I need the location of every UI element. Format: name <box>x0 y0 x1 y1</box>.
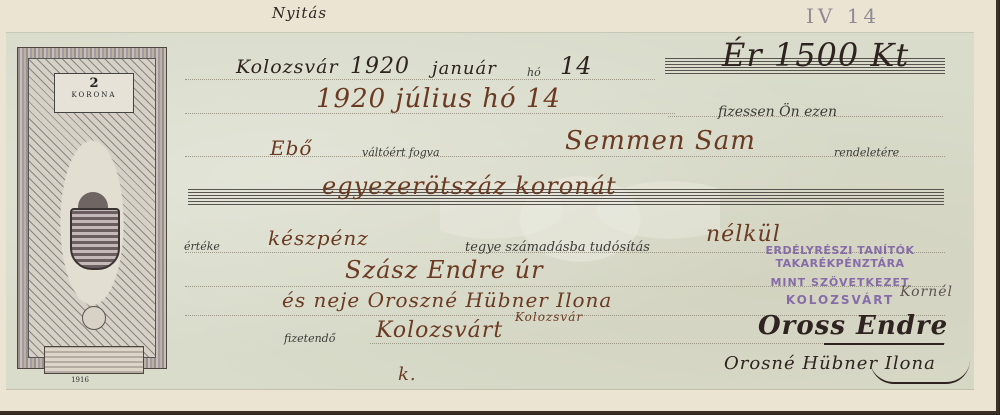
stamp-value-label: 2 KORONA <box>54 73 134 113</box>
signature-oross-endre: Oross Endre <box>758 311 948 341</box>
top-annotation: Nyitás <box>272 4 327 22</box>
amount-words: egyezerötszáz koronát <box>322 172 617 200</box>
mark: k. <box>398 364 417 385</box>
stamp-year: 1916 <box>71 376 89 384</box>
signature-underline <box>824 343 944 345</box>
fizessen-label: fizessen Ön ezen <box>718 104 837 120</box>
drawee-line-1 <box>185 286 945 287</box>
stamp-unit: KORONA <box>55 91 133 99</box>
fizetendo-label: fizetendő <box>284 332 335 345</box>
waves-ornament <box>44 346 144 374</box>
bill-of-exchange-paper: Nyitás IV 14 2 KORONA 1916 Kolozsvár 192… <box>0 0 999 414</box>
stamp-value: 2 <box>55 76 133 91</box>
valtomert-label: váltóért fogva <box>362 146 440 159</box>
tegye-label: tegye számadásba tudósítás <box>465 240 650 255</box>
signature-flourish <box>870 360 970 384</box>
value-received: készpénz <box>268 226 369 250</box>
coat-of-arms-icon <box>70 208 120 270</box>
rendelet-label: rendeletére <box>834 146 899 159</box>
issue-month: január <box>432 58 497 79</box>
due-prefix: Ebő <box>270 136 312 160</box>
place: Kolozsvár <box>236 56 339 78</box>
amount-box: Ér 1500 Kt <box>722 36 909 74</box>
issue-day: 14 <box>560 52 593 80</box>
ho-label: hó <box>527 66 541 79</box>
bank-stamp-line1: ERDÉLYRÉSZI TANÍTÓK TAKARÉKPÉNZTÁRA <box>710 244 970 270</box>
drawee-line1: Szász Endre úr <box>345 256 544 284</box>
cherub-icon <box>82 306 106 330</box>
revenue-stamp: 2 KORONA <box>17 47 167 369</box>
payee: Semmen Sam <box>565 126 756 156</box>
due-date: 1920 július hó 14 <box>316 84 561 114</box>
pay-place: Kolozsvárt <box>376 318 503 343</box>
drawee-place: Kolozsvár <box>515 310 583 324</box>
drawee-line2: és neje Oroszné Hübner Ilona <box>282 288 612 312</box>
pencil-note: IV 14 <box>806 4 880 28</box>
signature-kornel: Kornél <box>900 284 953 300</box>
erteke-label: értéke <box>184 240 220 253</box>
issue-year: 1920 <box>350 54 410 79</box>
